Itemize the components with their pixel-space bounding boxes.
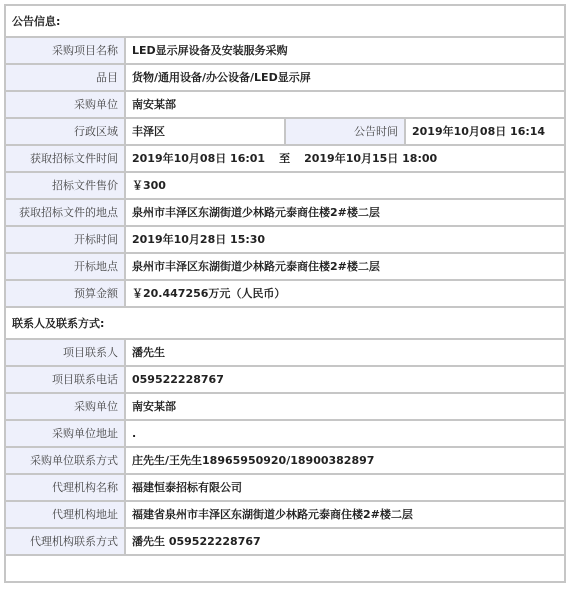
row-region-and-time: 行政区域 丰泽区 公告时间 2019年10月08日 16:14	[5, 118, 565, 145]
label-budget: 预算金额	[5, 280, 125, 307]
doc-time-start: 2019年10月08日 16:01	[132, 152, 265, 165]
label-purchaser: 采购单位	[5, 91, 125, 118]
label-opening-location: 开标地点	[5, 253, 125, 280]
value-doc-time: 2019年10月08日 16:01至2019年10月15日 18:00	[125, 145, 565, 172]
value-doc-location: 泉州市丰泽区东湖街道少林路元泰商住楼2#楼二层	[125, 199, 565, 226]
row-doc-price: 招标文件售价 ￥300	[5, 172, 565, 199]
row-purchaser-address: 采购单位地址 .	[5, 420, 565, 447]
row-category: 品目 货物/通用设备/办公设备/LED显示屏	[5, 64, 565, 91]
value-project-name: LED显示屏设备及安装服务采购	[125, 37, 565, 64]
row-opening-time: 开标时间 2019年10月28日 15:30	[5, 226, 565, 253]
label-opening-time: 开标时间	[5, 226, 125, 253]
label-announce-time: 公告时间	[285, 118, 405, 145]
row-project-phone: 项目联系电话 059522228767	[5, 366, 565, 393]
label-project-phone: 项目联系电话	[5, 366, 125, 393]
label-agency-name: 代理机构名称	[5, 474, 125, 501]
value-purchaser-contact-info: 庄先生/王先生18965950920/18900382897	[125, 447, 565, 474]
value-project-contact: 潘先生	[125, 339, 565, 366]
label-category: 品目	[5, 64, 125, 91]
row-purchaser: 采购单位 南安某部	[5, 91, 565, 118]
row-agency-contact: 代理机构联系方式 潘先生 059522228767	[5, 528, 565, 555]
value-opening-time: 2019年10月28日 15:30	[125, 226, 565, 253]
value-category: 货物/通用设备/办公设备/LED显示屏	[125, 64, 565, 91]
row-project-contact: 项目联系人 潘先生	[5, 339, 565, 366]
doc-time-separator: 至	[279, 152, 290, 165]
row-agency-name: 代理机构名称 福建恒泰招标有限公司	[5, 474, 565, 501]
label-purchaser-contact-info: 采购单位联系方式	[5, 447, 125, 474]
value-opening-location: 泉州市丰泽区东湖街道少林路元泰商住楼2#楼二层	[125, 253, 565, 280]
label-contact-purchaser: 采购单位	[5, 393, 125, 420]
label-agency-address: 代理机构地址	[5, 501, 125, 528]
value-agency-contact: 潘先生 059522228767	[125, 528, 565, 555]
row-trailing	[5, 555, 565, 582]
row-contact-purchaser: 采购单位 南安某部	[5, 393, 565, 420]
label-project-name: 采购项目名称	[5, 37, 125, 64]
label-project-contact: 项目联系人	[5, 339, 125, 366]
section-title-announcement: 公告信息:	[5, 5, 565, 37]
row-doc-location: 获取招标文件的地点 泉州市丰泽区东湖街道少林路元泰商住楼2#楼二层	[5, 199, 565, 226]
label-purchaser-address: 采购单位地址	[5, 420, 125, 447]
value-contact-purchaser: 南安某部	[125, 393, 565, 420]
value-agency-address: 福建省泉州市丰泽区东湖街道少林路元泰商住楼2#楼二层	[125, 501, 565, 528]
label-doc-time: 获取招标文件时间	[5, 145, 125, 172]
label-region: 行政区域	[5, 118, 125, 145]
doc-time-end: 2019年10月15日 18:00	[304, 152, 437, 165]
trailing-empty-cell	[5, 555, 565, 582]
announcement-info-table: 公告信息: 采购项目名称 LED显示屏设备及安装服务采购 品目 货物/通用设备/…	[4, 4, 566, 583]
value-project-phone: 059522228767	[125, 366, 565, 393]
row-doc-time: 获取招标文件时间 2019年10月08日 16:01至2019年10月15日 1…	[5, 145, 565, 172]
value-purchaser: 南安某部	[125, 91, 565, 118]
row-opening-location: 开标地点 泉州市丰泽区东湖街道少林路元泰商住楼2#楼二层	[5, 253, 565, 280]
label-doc-location: 获取招标文件的地点	[5, 199, 125, 226]
value-purchaser-address: .	[125, 420, 565, 447]
label-doc-price: 招标文件售价	[5, 172, 125, 199]
value-announce-time: 2019年10月08日 16:14	[405, 118, 565, 145]
section-title-contacts: 联系人及联系方式:	[5, 307, 565, 339]
label-agency-contact: 代理机构联系方式	[5, 528, 125, 555]
row-project-name: 采购项目名称 LED显示屏设备及安装服务采购	[5, 37, 565, 64]
row-purchaser-contact-info: 采购单位联系方式 庄先生/王先生18965950920/18900382897	[5, 447, 565, 474]
value-doc-price: ￥300	[125, 172, 565, 199]
value-region: 丰泽区	[125, 118, 285, 145]
value-budget: ￥20.447256万元（人民币）	[125, 280, 565, 307]
value-agency-name: 福建恒泰招标有限公司	[125, 474, 565, 501]
row-agency-address: 代理机构地址 福建省泉州市丰泽区东湖街道少林路元泰商住楼2#楼二层	[5, 501, 565, 528]
row-budget: 预算金额 ￥20.447256万元（人民币）	[5, 280, 565, 307]
